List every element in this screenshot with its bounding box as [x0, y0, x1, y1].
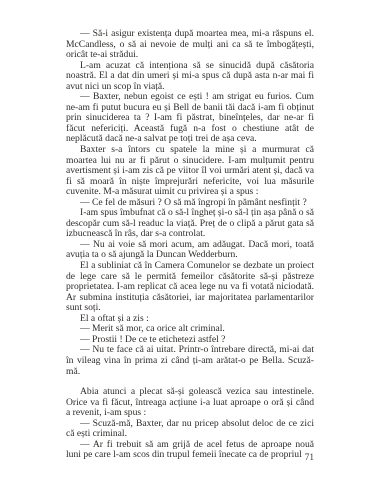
- paragraph: — Nu ai voie să mori acum, am adăugat. D…: [66, 240, 314, 261]
- paragraph: — Scuză-mă, Baxter, dar nu pricep absolu…: [66, 419, 314, 440]
- page-number: 71: [66, 453, 314, 463]
- paragraph: Baxter s-a întors cu spatele la mine și …: [66, 145, 314, 198]
- paragraph: Abia atunci a plecat să-și golească vezi…: [66, 387, 314, 419]
- paragraph: L-am acuzat că intenționa să se sinucidă…: [66, 61, 314, 93]
- text-block: — Să-i asigur existența după moartea mea…: [66, 29, 314, 461]
- paragraph: — Baxter, nebun egoist ce ești ! am stri…: [66, 92, 314, 145]
- paragraph: El a subliniat că în Camera Comunelor se…: [66, 261, 314, 314]
- paragraph: — Nu te face că ai uitat. Printr-o între…: [66, 345, 314, 377]
- paragraph: I-am spus îmbufnat că o să-l îngheț și-o…: [66, 208, 314, 240]
- paragraph: — Să-i asigur existența după moartea mea…: [66, 29, 314, 61]
- book-page: — Să-i asigur existența după moartea mea…: [0, 0, 381, 492]
